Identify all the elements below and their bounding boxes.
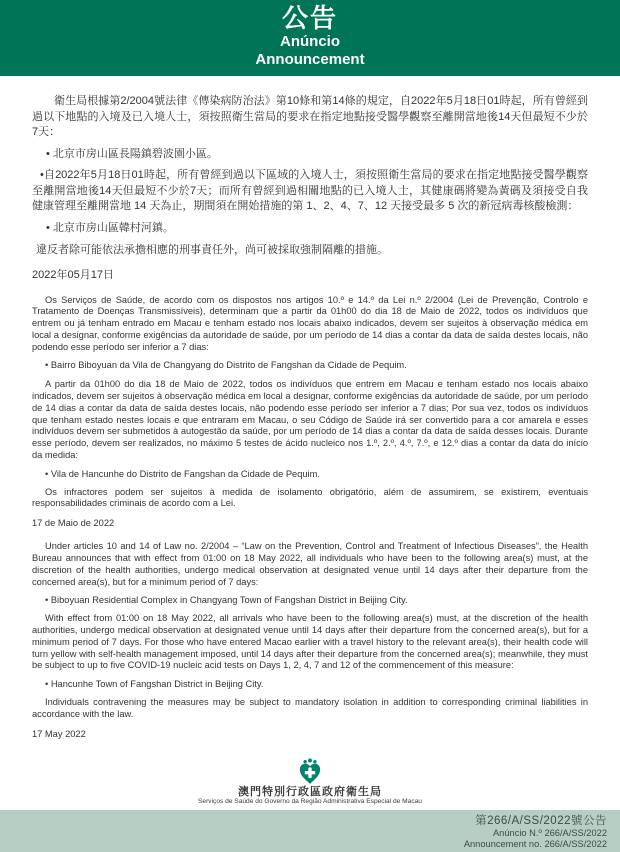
portuguese-date: 17 de Maio de 2022 [32,518,588,529]
reference-number-english: Announcement no. 266/A/SS/2022 [0,839,607,850]
english-date: 17 May 2022 [32,729,588,740]
announcement-body: 衛生局根據第2/2004號法律《傳染病防治法》第10條和第14條的規定，自202… [0,94,620,740]
english-bullet-location-1: • Biboyuan Residential Complex in Changy… [32,595,588,607]
chinese-date: 2022年05月17日 [32,268,588,283]
portuguese-penalty-note: Os infractores podem ser sujeitos à medi… [32,487,588,511]
english-paragraph-2: With effect from 01:00 on 18 May 2022, a… [32,613,588,672]
chinese-bullet-location-1: • 北京市房山區長陽鎮碧波園小區。 [32,147,588,163]
reference-number-band: 第266/A/SS/2022號公告 Anúncio N.º 266/A/SS/2… [0,810,620,852]
chinese-penalty-note: 違反者除可能依法承擔相應的刑事責任外，尚可被採取強制隔離的措施。 [32,243,588,259]
organisation-name-portuguese: Serviços de Saúde do Governo da Região A… [0,798,620,806]
portuguese-bullet-location-2: • Vila de Hancunhe do Distrito de Fangsh… [32,469,588,481]
portuguese-paragraph-2: A partir da 01h00 do dia 18 de Maio de 2… [32,379,588,462]
page-title-zh: 公告 [0,3,620,33]
reference-number-chinese: 第266/A/SS/2022號公告 [0,814,607,828]
portuguese-bullet-location-1: • Bairro Biboyuan da Vila de Changyang d… [32,360,588,372]
organisation-name-chinese: 澳門特別行政區政府衛生局 [0,786,620,798]
reference-number-portuguese: Anúncio N.º 266/A/SS/2022 [0,828,607,839]
health-bureau-logo-block: 澳門特別行政區政府衛生局 Serviços de Saúde do Govern… [0,756,620,810]
chinese-paragraph-2: •自2022年5月18日01時起，所有曾經到過以下區域的入境人士，須按照衛生當局… [32,168,588,215]
chinese-bullet-location-2: • 北京市房山區韓村河鎮。 [32,221,588,237]
portuguese-paragraph-1: Os Serviços de Saúde, de acordo com os d… [32,295,588,354]
english-paragraph-1: Under articles 10 and 14 of Law no. 2/20… [32,541,588,588]
announcement-header: 公告 Anúncio Announcement [0,0,620,76]
english-penalty-note: Individuals contravening the measures ma… [32,697,588,721]
health-bureau-heart-icon [296,758,324,786]
english-bullet-location-2: • Hancunhe Town of Fangshan District in … [32,679,588,691]
page-title-en: Announcement [0,51,620,69]
page-title-pt: Anúncio [0,33,620,51]
chinese-paragraph-1: 衛生局根據第2/2004號法律《傳染病防治法》第10條和第14條的規定，自202… [32,94,588,141]
announcement-page: 公告 Anúncio Announcement 衛生局根據第2/2004號法律《… [0,0,620,852]
